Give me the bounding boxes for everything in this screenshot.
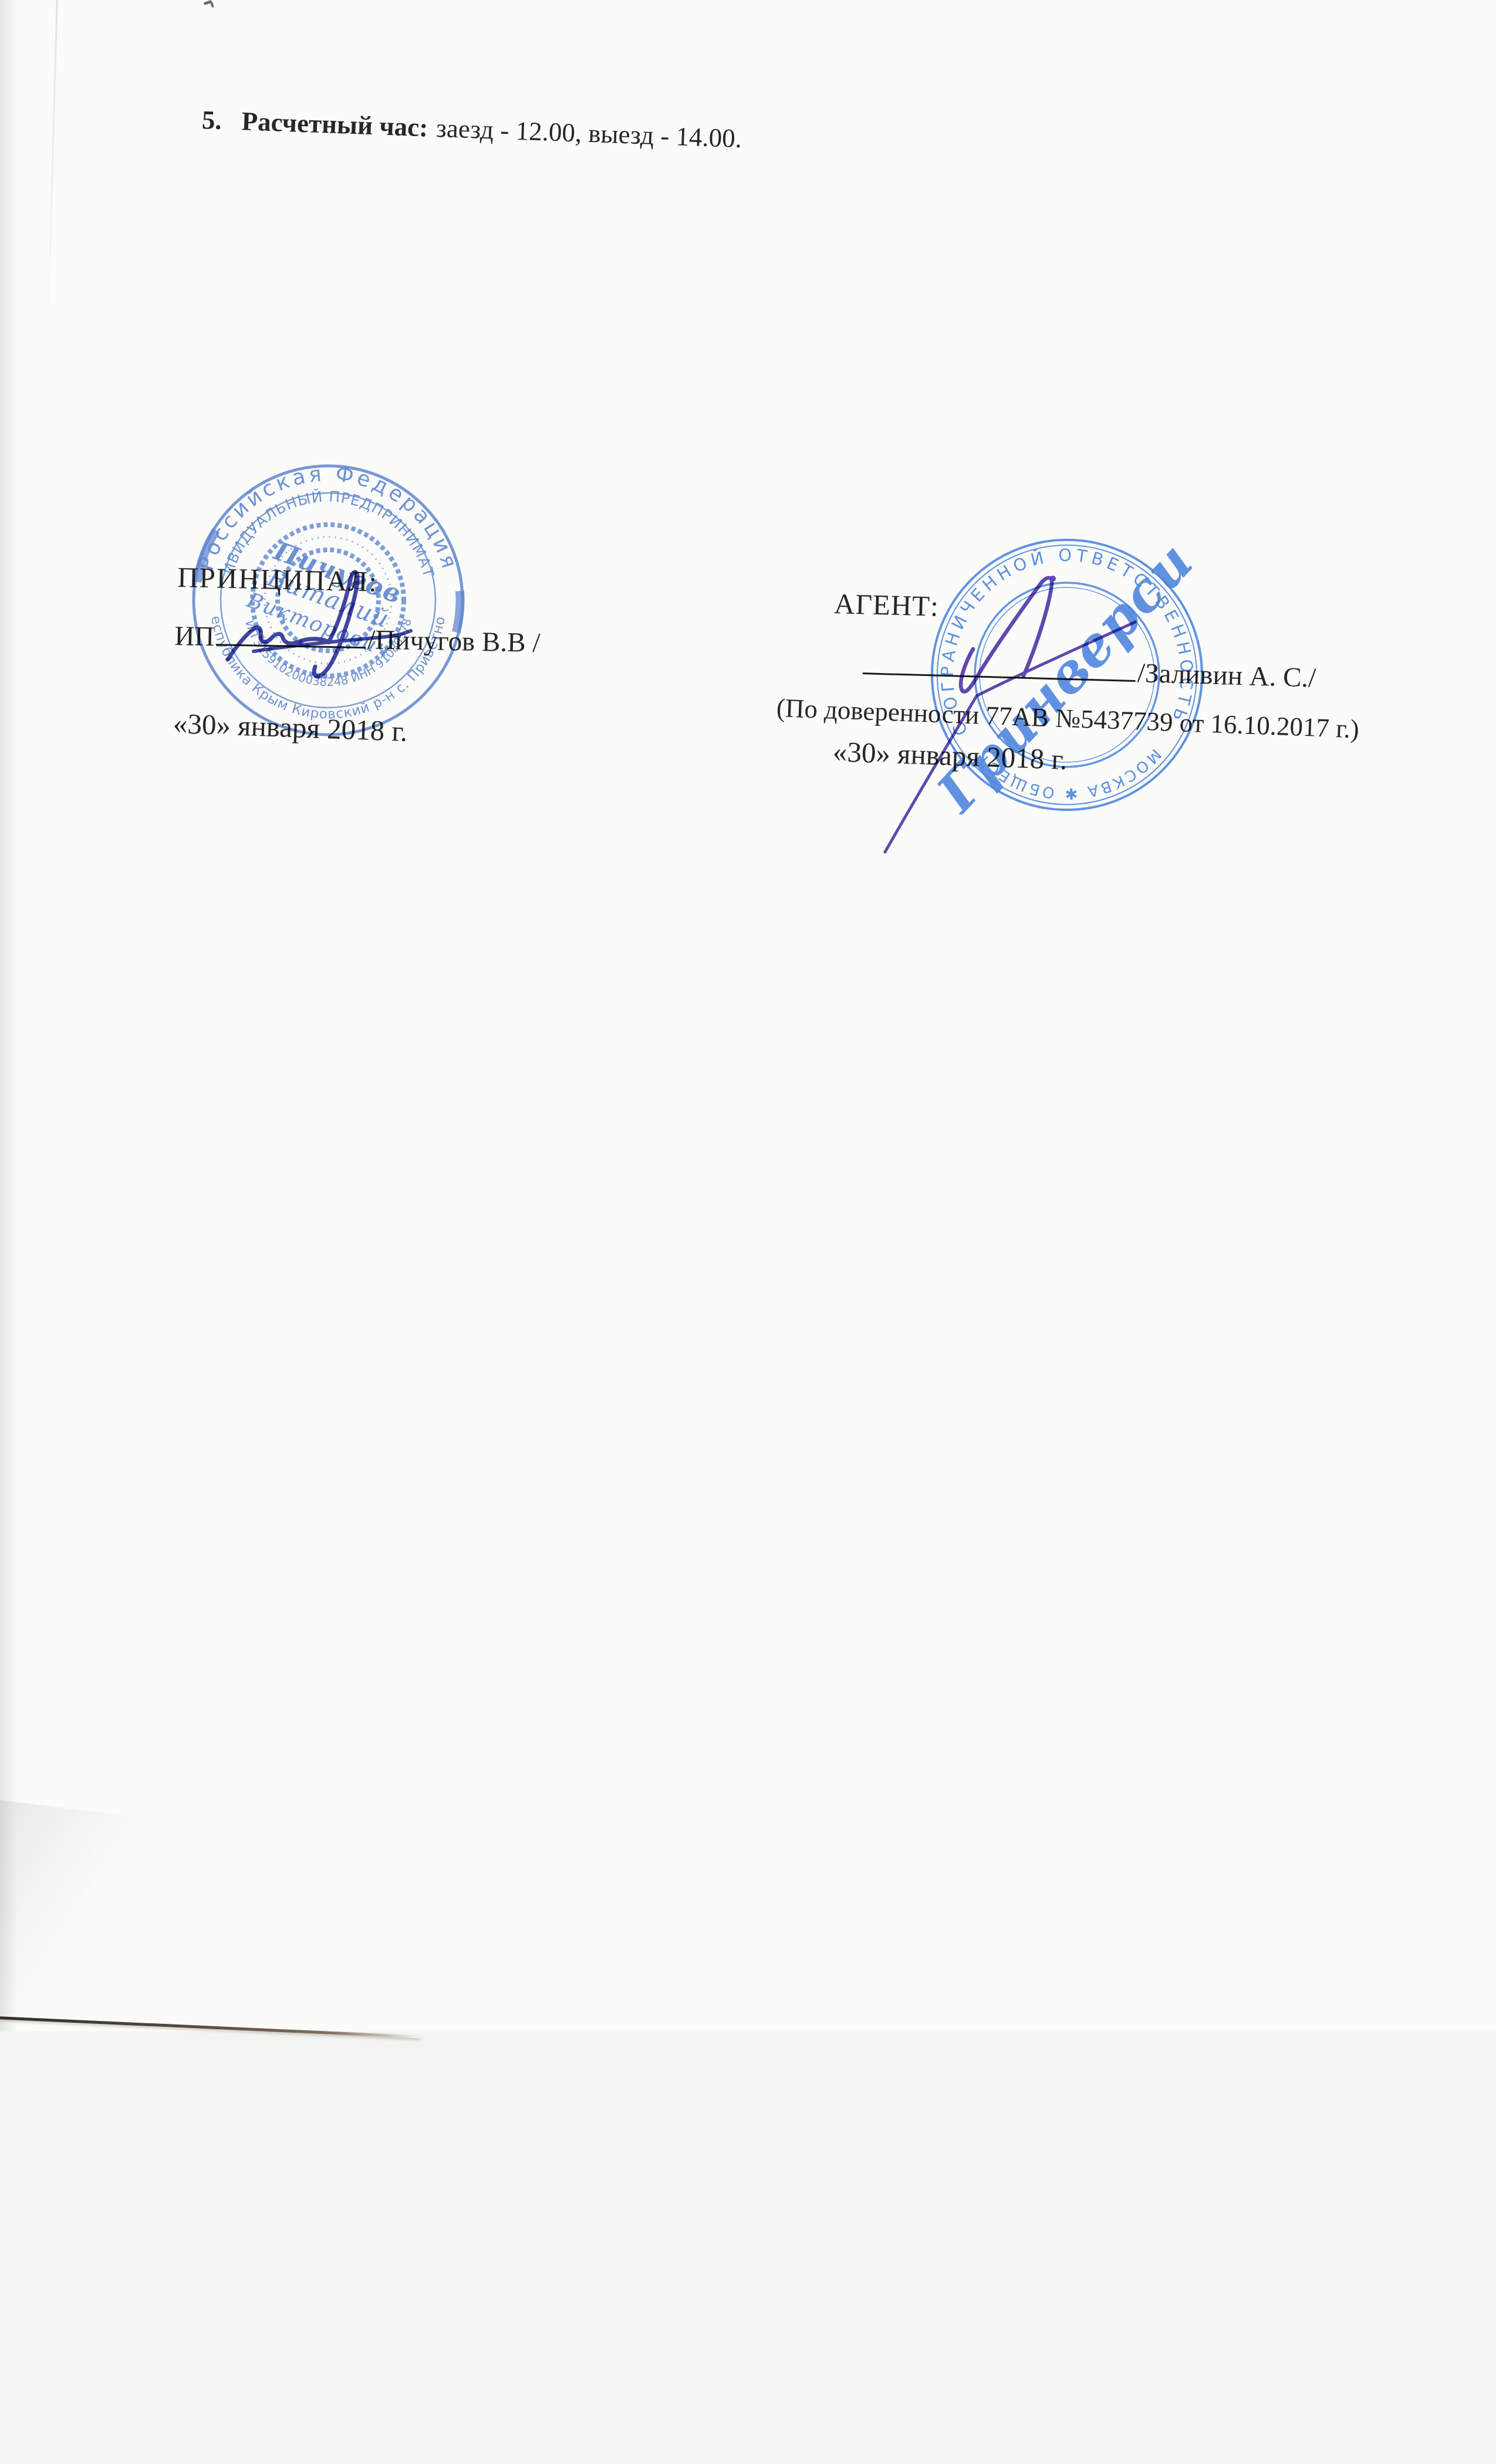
agent-stamp-seal-icon: С ОГРАНИЧЕННОЙ ОТВЕТСТВЕННОСТЬЮ ✱ МОСКВА… (927, 535, 1207, 814)
clause-value: заезд - 12.00, выезд - 14.00. (435, 113, 742, 153)
stamp-arc-bar (456, 591, 460, 632)
scanner-background (0, 2032, 1496, 2464)
stamp-company-name: Гринверси (927, 535, 1205, 814)
agent-title: АГЕНТ: (834, 587, 940, 623)
clause-checkout-time: 5.Расчетный час:заезд - 12.00, выезд - 1… (201, 104, 742, 154)
clause-label: Расчетный час: (241, 106, 428, 142)
principal-stamp-seal-icon: Российская Федерация Республика Крым Кир… (189, 461, 467, 739)
page-corner-shadow (0, 1797, 153, 2034)
paper-crease (47, 0, 58, 329)
scan-speck (204, 0, 212, 5)
clause-number: 5. (201, 105, 222, 135)
